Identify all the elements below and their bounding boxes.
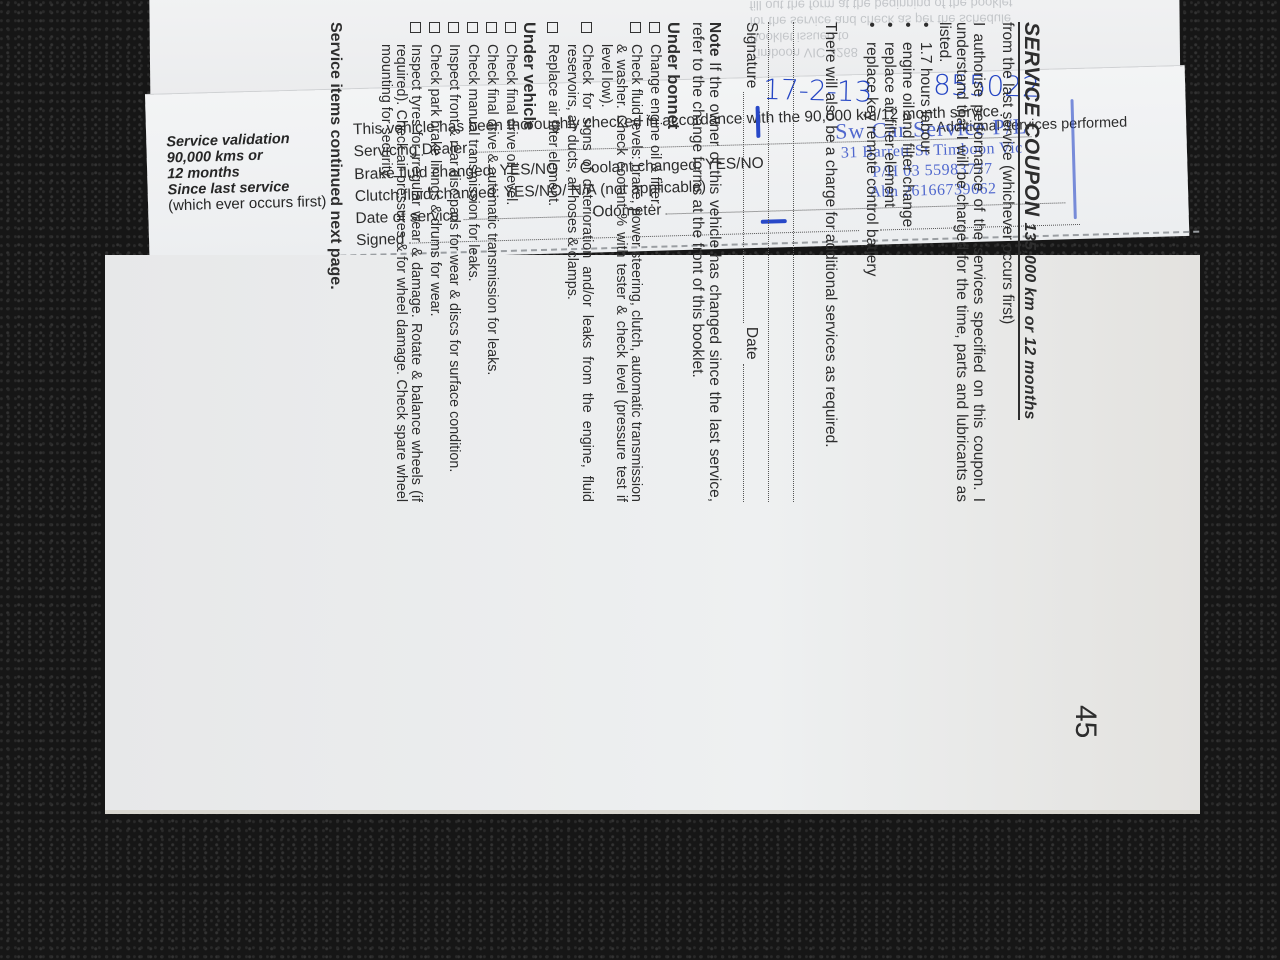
checklist-item[interactable]: Check manual transmission for leaks. (465, 22, 480, 502)
under-bonnet-checklist: Change engine oil & filter. Check fluid … (545, 22, 662, 502)
checklist-item[interactable]: Check park brake linings & drums for wea… (427, 22, 442, 502)
date-field[interactable] (743, 364, 745, 502)
checkbox-icon[interactable] (547, 22, 558, 33)
checklist-item[interactable]: Check for signs of deterioration and/or … (564, 22, 594, 502)
checklist-item[interactable]: Check final drive & automatic transmissi… (484, 22, 499, 502)
additional-services-line[interactable] (768, 22, 789, 502)
checklist-item[interactable]: Check fluid levels: brake, power steerin… (598, 22, 643, 502)
service-coupon: SERVICE COUPON 135,000 km or 12 months f… (48, 10, 1048, 510)
checkbox-icon[interactable] (486, 22, 497, 33)
signature-row: Signature Date (743, 22, 760, 502)
checkbox-icon[interactable] (467, 22, 478, 33)
section-under-bonnet: Under bonnet (664, 22, 681, 502)
checklist-item[interactable]: Inspect front & rear disc pads for wear … (446, 22, 461, 502)
checkbox-icon[interactable] (649, 22, 660, 33)
continued-next-page: Service items continued next page. (327, 22, 344, 502)
checkbox-icon[interactable] (505, 22, 516, 33)
note-text: If the owner of this vehicle has changed… (689, 22, 723, 502)
authorisation-text: I authorise performance of the services … (936, 22, 987, 502)
checklist-text: Check final drive oil level. (503, 44, 519, 205)
checklist-text: Check fluid levels: brake, power steerin… (598, 44, 644, 502)
signature-label: Signature (743, 22, 760, 88)
checklist-text: Inspect front & rear disc pads for wear … (446, 44, 462, 472)
checkbox-icon[interactable] (410, 22, 421, 33)
checklist-text: Check for signs of deterioration and/or … (564, 44, 595, 502)
checkbox-icon[interactable] (581, 22, 592, 33)
checklist-text: Change engine oil & filter. (647, 44, 663, 207)
checklist-text: Check final drive & automatic transmissi… (484, 44, 500, 375)
additional-services-line[interactable] (793, 22, 814, 502)
coupon-subtitle: from the last service (whichever occurs … (999, 22, 1016, 502)
checklist-item[interactable]: Replace air filter element. (545, 22, 560, 502)
listed-item: 1.7 hours labour (917, 22, 934, 502)
listed-items: 1.7 hours labour engine oil and filter c… (863, 22, 934, 502)
listed-item: replace key remote control battery (863, 22, 880, 502)
checklist-item[interactable]: Change engine oil & filter. (647, 22, 662, 502)
section-under-vehicle: Under vehicle (520, 22, 537, 502)
listed-item: engine oil and filter change (899, 22, 916, 502)
coupon-title-text: SERVICE COUPON (1020, 22, 1043, 216)
checklist-text: Check manual transmission for leaks. (465, 44, 481, 282)
additional-charge-text: There will also be a charge for addition… (822, 22, 839, 502)
checkbox-icon[interactable] (630, 22, 641, 33)
checklist-text: Check park brake linings & drums for wea… (427, 44, 443, 317)
coupon-title: SERVICE COUPON 135,000 km or 12 months (1018, 22, 1040, 420)
page-number: 45 (1068, 705, 1102, 738)
coupon-interval: 135,000 km or 12 months (1021, 223, 1038, 420)
under-vehicle-checklist: Check final drive oil level. Check final… (378, 22, 518, 502)
signature-field[interactable] (743, 92, 745, 323)
checkbox-icon[interactable] (448, 22, 459, 33)
date-label: Date (743, 327, 760, 360)
note-label: Note (706, 22, 723, 56)
owner-change-note: Note If the owner of this vehicle has ch… (689, 22, 723, 502)
checkbox-icon[interactable] (429, 22, 440, 33)
checklist-text: Replace air filter element. (545, 44, 561, 206)
checklist-item[interactable]: Check final drive oil level. (503, 22, 518, 502)
listed-item: replace air filter element (881, 22, 898, 502)
checklist-item[interactable]: Inspect tyres for irregular wear & damag… (378, 22, 423, 502)
checklist-text: Inspect tyres for irregular wear & damag… (378, 44, 424, 502)
